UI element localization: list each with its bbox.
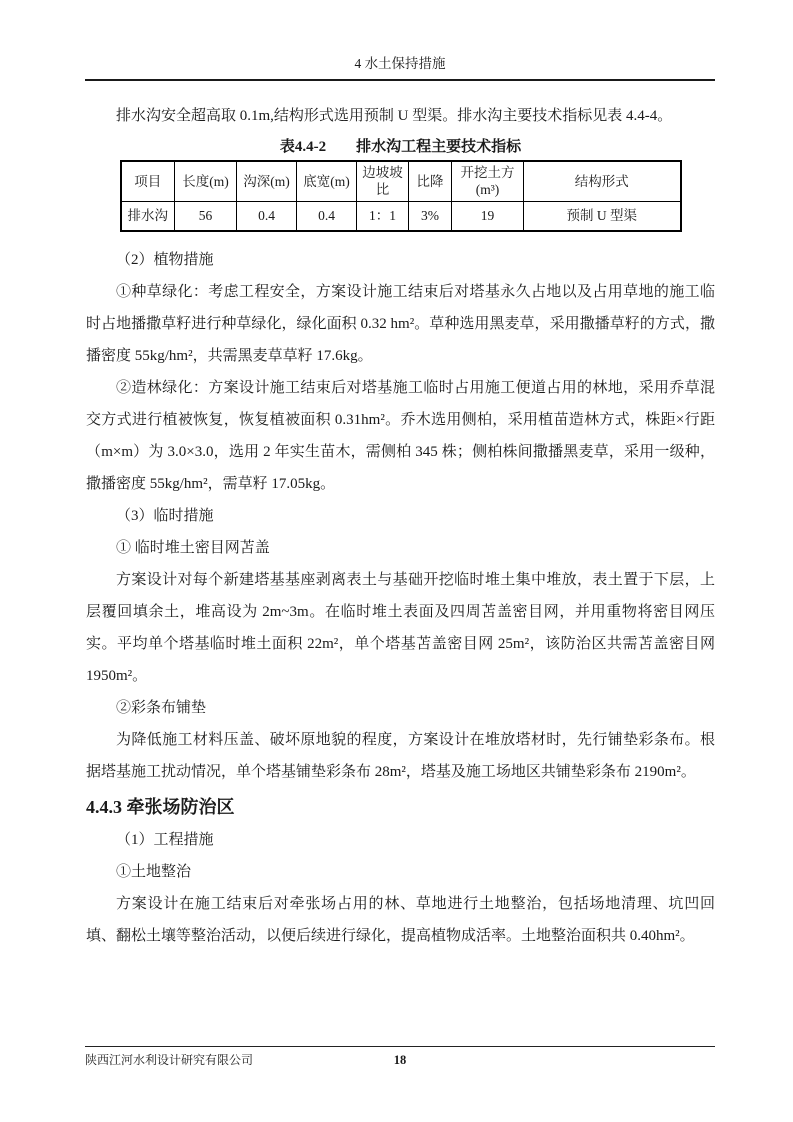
paragraph-land-remediation: 方案设计在施工结束后对牵张场占用的林、草地进行土地整治，包括场地清理、坑凹回填、… bbox=[86, 888, 715, 952]
subheading-dust-net-cover: ① 临时堆土密目网苫盖 bbox=[86, 532, 715, 564]
running-footer: 陕西江河水利设计研究有限公司 18 bbox=[85, 1046, 715, 1070]
table-row: 排水沟 56 0.4 0.4 1：1 3% 19 预制 U 型渠 bbox=[121, 201, 681, 231]
header-cell-depth: 沟深(m) bbox=[237, 161, 297, 201]
drainage-spec-table: 项目 长度(m) 沟深(m) 底宽(m) 边坡坡比 比降 开挖土方(m³) 结构… bbox=[120, 160, 682, 232]
cell-gradient: 3% bbox=[409, 201, 452, 231]
document-page: 4 水土保持措施 排水沟安全超高取 0.1m,结构形式选用预制 U 型渠。排水沟… bbox=[0, 0, 793, 1122]
table-caption-label: 表4.4-2 bbox=[280, 139, 326, 155]
cell-item: 排水沟 bbox=[121, 201, 175, 231]
subheading-land-remediation: ①土地整治 bbox=[86, 856, 715, 888]
footer-page-number: 18 bbox=[85, 1052, 715, 1068]
heading-4-4-3: 4.4.3 牵张场防治区 bbox=[86, 790, 715, 824]
header-cell-item: 项目 bbox=[121, 161, 175, 201]
intro-paragraph: 排水沟安全超高取 0.1m,结构形式选用预制 U 型渠。排水沟主要技术指标见表 … bbox=[86, 100, 715, 132]
paragraph-dust-net-cover: 方案设计对每个新建塔基基座剥离表土与基础开挖临时堆土集中堆放，表土置于下层，上层… bbox=[86, 564, 715, 692]
cell-depth: 0.4 bbox=[237, 201, 297, 231]
table-header-row: 项目 长度(m) 沟深(m) 底宽(m) 边坡坡比 比降 开挖土方(m³) 结构… bbox=[121, 161, 681, 201]
running-header: 4 水土保持措施 bbox=[85, 56, 715, 81]
cell-length: 56 bbox=[175, 201, 237, 231]
cell-excavation: 19 bbox=[452, 201, 524, 231]
cell-bottom-width: 0.4 bbox=[297, 201, 357, 231]
header-cell-slope-ratio: 边坡坡比 bbox=[357, 161, 409, 201]
table-caption-title: 排水沟工程主要技术指标 bbox=[356, 139, 521, 155]
table-caption: 表4.4-2排水沟工程主要技术指标 bbox=[86, 134, 715, 160]
paragraph-forest-greening: ②造林绿化：方案设计施工结束后对塔基施工临时占用施工便道占用的林地，采用乔草混交… bbox=[86, 372, 715, 500]
cell-structure: 预制 U 型渠 bbox=[524, 201, 681, 231]
header-cell-gradient: 比降 bbox=[409, 161, 452, 201]
header-chapter-title: 4 水土保持措施 bbox=[354, 56, 445, 71]
section-heading-engineering-measures: （1）工程措施 bbox=[86, 824, 715, 856]
paragraph-tarp-padding: 为降低施工材料压盖、破坏原地貌的程度，方案设计在堆放塔材时，先行铺垫彩条布。根据… bbox=[86, 724, 715, 788]
header-cell-bottom-width: 底宽(m) bbox=[297, 161, 357, 201]
header-cell-excavation: 开挖土方(m³) bbox=[452, 161, 524, 201]
paragraph-grass-greening: ①种草绿化：考虑工程安全，方案设计施工结束后对塔基永久占地以及占用草地的施工临时… bbox=[86, 276, 715, 372]
subheading-tarp-padding: ②彩条布铺垫 bbox=[86, 692, 715, 724]
header-cell-length: 长度(m) bbox=[175, 161, 237, 201]
section-heading-plant-measures: （2）植物措施 bbox=[86, 244, 715, 276]
header-cell-structure: 结构形式 bbox=[524, 161, 681, 201]
page-content: 排水沟安全超高取 0.1m,结构形式选用预制 U 型渠。排水沟主要技术指标见表 … bbox=[86, 100, 715, 952]
cell-slope-ratio: 1：1 bbox=[357, 201, 409, 231]
section-heading-temporary-measures: （3）临时措施 bbox=[86, 500, 715, 532]
